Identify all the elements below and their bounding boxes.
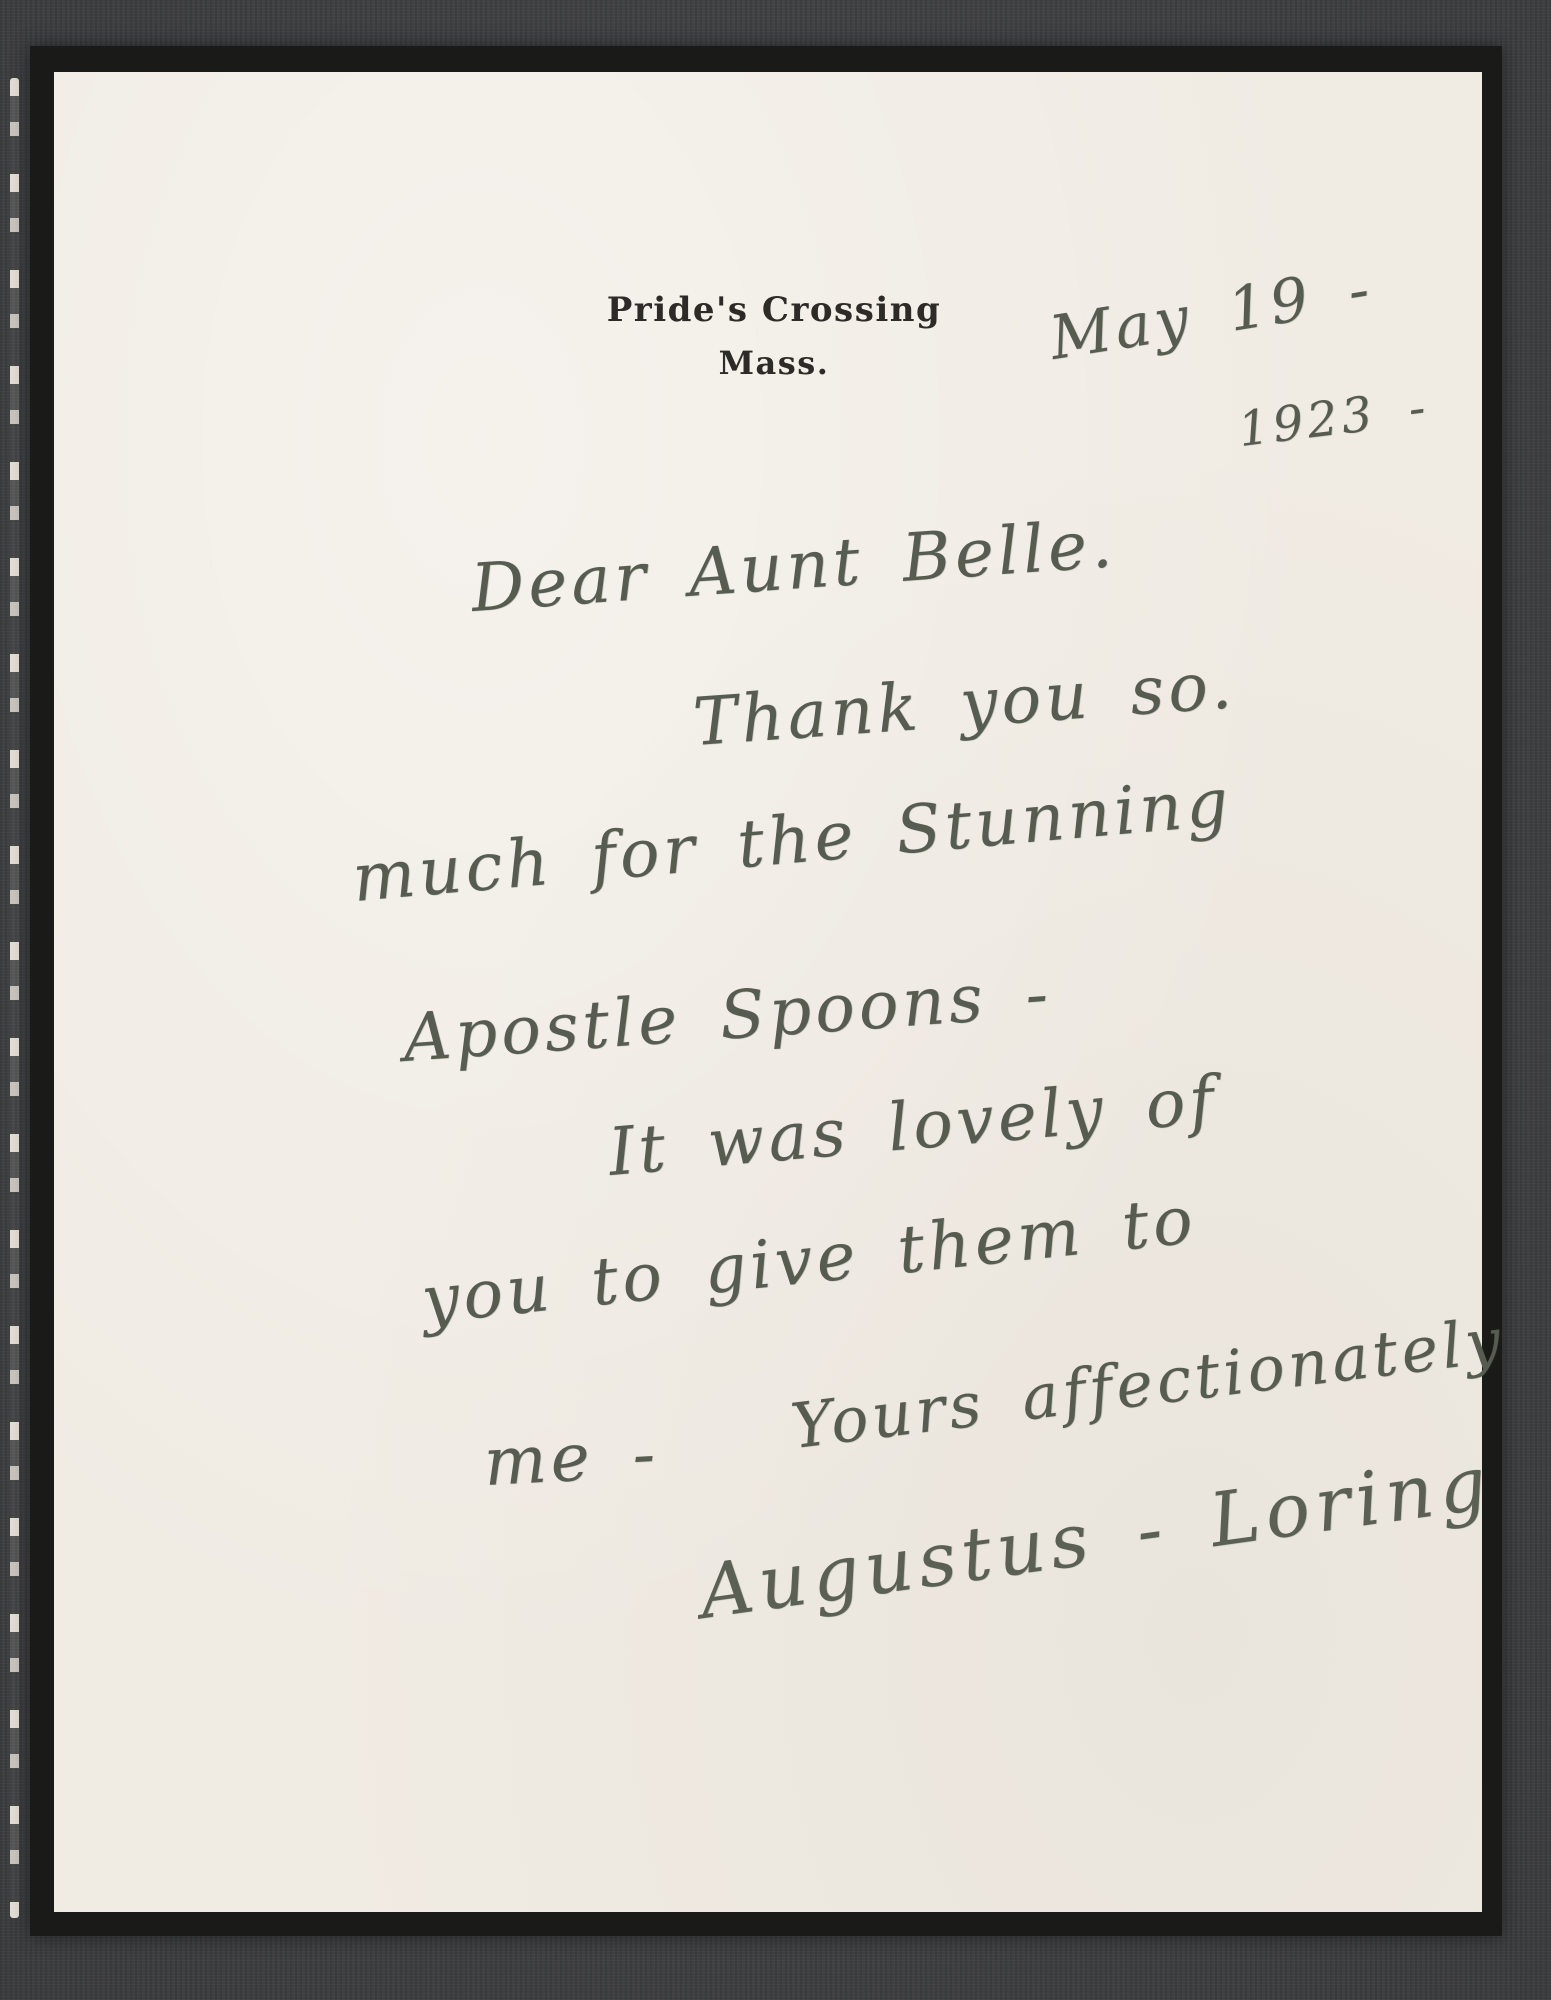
body-line-5: you to give them to — [418, 1181, 1200, 1339]
closing-line: Yours affectionately — [787, 1303, 1508, 1463]
signature-line: Augustus - Loring — [694, 1440, 1497, 1636]
paper-deckle-edge — [10, 78, 19, 1918]
body-line-4: It was lovely of — [605, 1061, 1220, 1191]
body-line-2: much for the Stunning — [349, 763, 1235, 917]
handwritten-date-year: 1923 - — [1235, 379, 1432, 458]
body-line-3: Apostle Spoons - — [401, 955, 1055, 1077]
body-line-1: Thank you so. — [691, 646, 1238, 761]
photo-background: Pride's Crossing Mass. May 19 - 1923 - D… — [0, 0, 1551, 2000]
letterhead-line1: Pride's Crossing — [554, 290, 994, 330]
handwritten-date-month-day: May 19 - — [1045, 254, 1378, 374]
letterhead-line2: Mass. — [554, 344, 994, 382]
letter-paper: Pride's Crossing Mass. May 19 - 1923 - D… — [30, 46, 1502, 1936]
body-line-6: me - — [482, 1415, 661, 1501]
salutation-line: Dear Aunt Belle. — [469, 505, 1119, 627]
